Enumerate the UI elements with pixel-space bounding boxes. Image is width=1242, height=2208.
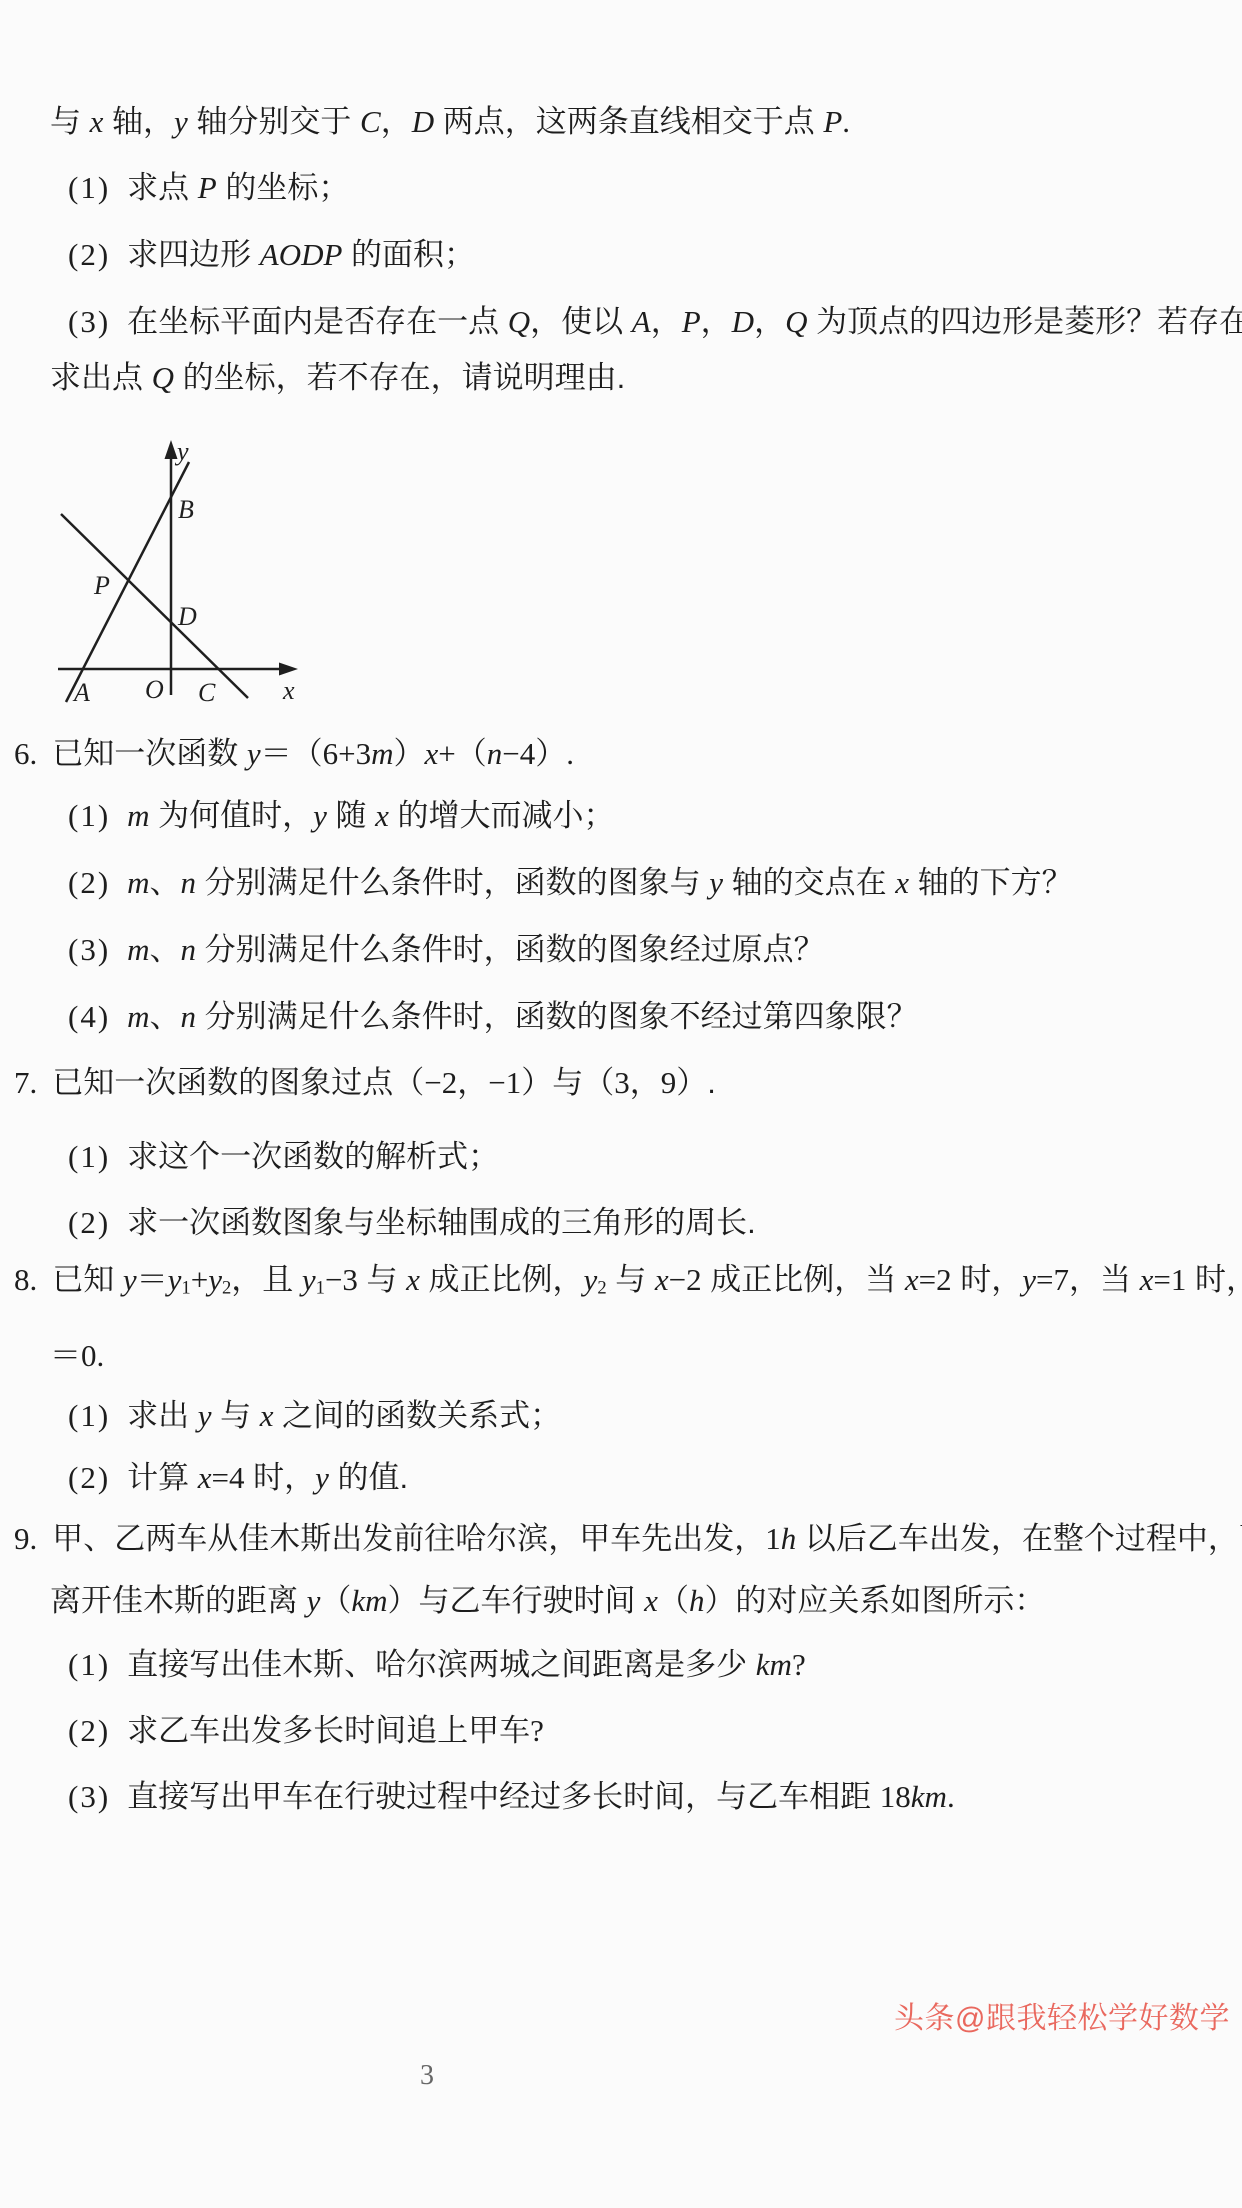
- text-segment-m: Q: [152, 360, 174, 395]
- text-segment-m: y: [302, 1262, 316, 1297]
- text-segment-c: 两点，这两条直线相交于点: [434, 104, 823, 139]
- text-segment-m: km: [351, 1583, 387, 1618]
- text-line: 8.已知 y＝y1+y2，且 y1−3 与 x 成正比例，y2 与 x−2 成正…: [14, 1262, 1242, 1299]
- text-segment-c: 分别满足什么条件时，函数的图象不经过第四象限？: [196, 999, 918, 1034]
- text-segment-r: −1: [488, 1065, 521, 1100]
- text-segment-c: 与: [50, 104, 90, 139]
- text-segment-mk: (4): [68, 999, 110, 1034]
- text-segment-m: y: [208, 1262, 222, 1297]
- text-segment-qn: 7.: [14, 1065, 37, 1100]
- text-segment-m: m: [371, 736, 393, 771]
- text-segment-m: y: [584, 1262, 598, 1297]
- text-segment-c: 为顶点的四边形是菱形？若存在，请: [807, 304, 1242, 339]
- text-segment-mk: (1): [68, 1398, 110, 1433]
- text-line: (2)计算 x=4 时，y 的值.: [68, 1460, 408, 1496]
- text-segment-qn: 9.: [14, 1521, 37, 1556]
- text-line: ＝0.: [50, 1338, 104, 1374]
- text-segment-m: x: [198, 1460, 212, 1495]
- text-segment-c: ，: [381, 104, 412, 139]
- figure-label-A: A: [72, 678, 90, 707]
- text-line: (1)求出 y 与 x 之间的函数关系式；: [68, 1398, 561, 1434]
- text-line: 求出点 Q 的坐标，若不存在，请说明理由.: [50, 360, 625, 396]
- text-segment-mk: (3): [68, 1779, 110, 1814]
- text-segment-r: 6+3: [323, 736, 371, 771]
- text-segment-m: x: [655, 1262, 669, 1297]
- text-segment-m: h: [689, 1583, 705, 1618]
- text-segment-m: x: [375, 798, 389, 833]
- text-segment-c: 与: [607, 1262, 655, 1297]
- text-segment-c: （: [456, 736, 487, 771]
- worksheet-page: 与 x 轴，y 轴分别交于 C，D 两点，这两条直线相交于点 P.(1)求点 P…: [0, 0, 1242, 2208]
- text-line: (2)求乙车出发多长时间追上甲车?: [68, 1713, 544, 1749]
- text-segment-m: y: [315, 1460, 329, 1495]
- text-segment-m: y: [168, 1262, 182, 1297]
- watermark-text: 头条@跟我轻松学好数学: [894, 1993, 1230, 2037]
- text-segment-c: 甲、乙两车从佳木斯出发前往哈尔滨，甲车先出发，: [52, 1521, 765, 1556]
- text-segment-m: x: [260, 1398, 274, 1433]
- text-segment-m: A: [632, 304, 651, 339]
- text-line: 6.已知一次函数 y＝（6+3m）x+（n−4）.: [14, 736, 574, 772]
- text-line: (2)m、n 分别满足什么条件时，函数的图象与 y 轴的交点在 x 轴的下方？: [68, 865, 1073, 901]
- text-segment-c: 、: [150, 999, 181, 1034]
- text-segment-mk: (1): [68, 170, 110, 205]
- text-segment-c: ）: [535, 736, 566, 771]
- text-line: (1)求这个一次函数的解析式；: [68, 1139, 499, 1175]
- text-segment-c: ＝（: [261, 736, 323, 771]
- text-segment-r: =2: [919, 1262, 952, 1297]
- text-segment-m: n: [487, 736, 503, 771]
- text-segment-c: 直接写出佳木斯、哈尔滨两城之间距离是多少: [127, 1647, 756, 1682]
- text-segment-c: ＝: [50, 1338, 81, 1373]
- figure-label-y: y: [174, 437, 189, 466]
- text-segment-c: 离开佳木斯的距离: [50, 1583, 307, 1618]
- text-segment-mk: (2): [68, 1460, 110, 1495]
- text-segment-r: −3: [325, 1262, 358, 1297]
- text-segment-c: ）与乙车行驶时间: [388, 1583, 645, 1618]
- text-segment-m: P: [823, 104, 842, 139]
- text-segment-r: 9: [661, 1065, 677, 1100]
- text-segment-mk: (2): [68, 865, 110, 900]
- text-segment-c: 的坐标；: [217, 170, 350, 205]
- text-line: (2)求一次函数图象与坐标轴围成的三角形的周长.: [68, 1205, 756, 1241]
- text-segment-c: ，当: [1069, 1262, 1140, 1297]
- text-segment-c: 成正比例，当: [702, 1262, 905, 1297]
- text-segment-m: km: [911, 1779, 947, 1814]
- text-line: (1)直接写出佳木斯、哈尔滨两城之间距离是多少 km?: [68, 1647, 806, 1683]
- line-PDC: [61, 514, 248, 698]
- text-segment-m: x: [1140, 1262, 1154, 1297]
- text-line: 9.甲、乙两车从佳木斯出发前往哈尔滨，甲车先出发，1h 以后乙车出发，在整个过程…: [14, 1521, 1242, 1557]
- text-segment-m: D: [412, 104, 434, 139]
- figure-label-D: D: [177, 602, 197, 631]
- text-line: 与 x 轴，y 轴分别交于 C，D 两点，这两条直线相交于点 P.: [50, 104, 850, 140]
- text-segment-c: ，: [754, 304, 785, 339]
- text-segment-r: 1: [765, 1521, 781, 1556]
- text-line: (2)求四边形 AODP 的面积；: [68, 237, 475, 273]
- text-segment-c: ）: [394, 736, 425, 771]
- text-segment-m: n: [181, 865, 197, 900]
- text-segment-r: 0.: [81, 1338, 104, 1373]
- figure-label-P: P: [93, 571, 110, 600]
- text-segment-mk: (2): [68, 1205, 110, 1240]
- text-segment-sub: 2: [597, 1277, 606, 1298]
- text-line: (3)直接写出甲车在行驶过程中经过多长时间，与乙车相距 18km.: [68, 1779, 955, 1815]
- text-segment-m: m: [127, 932, 149, 967]
- text-segment-r: +: [191, 1262, 208, 1297]
- text-segment-m: y: [709, 865, 723, 900]
- text-segment-c: 、: [150, 865, 181, 900]
- text-segment-c: 时，: [1186, 1262, 1242, 1297]
- text-line: 离开佳木斯的距离 y（km）与乙车行驶时间 x（h）的对应关系如图所示：: [50, 1583, 1045, 1619]
- text-line: (3)m、n 分别满足什么条件时，函数的图象经过原点？: [68, 932, 825, 968]
- figure-label-C: C: [198, 678, 216, 707]
- text-segment-c: 的坐标，若不存在，请说明理由.: [174, 360, 625, 395]
- page-number: 3: [420, 2060, 434, 2092]
- text-segment-m: y: [313, 798, 327, 833]
- text-segment-c: ，: [651, 304, 682, 339]
- text-segment-m: x: [895, 865, 909, 900]
- text-segment-r: .: [947, 1779, 955, 1814]
- text-segment-m: y: [198, 1398, 212, 1433]
- text-line: (4)m、n 分别满足什么条件时，函数的图象不经过第四象限？: [68, 999, 918, 1035]
- text-segment-c: 直接写出甲车在行驶过程中经过多长时间，与乙车相距: [127, 1779, 880, 1814]
- text-segment-c: ，: [701, 304, 732, 339]
- text-segment-r: 3: [614, 1065, 630, 1100]
- text-segment-m: y: [1022, 1262, 1036, 1297]
- text-segment-m: n: [181, 999, 197, 1034]
- text-segment-m: D: [732, 304, 754, 339]
- text-segment-m: h: [781, 1521, 797, 1556]
- text-segment-c: 已知一次函数的图象过点（: [52, 1065, 424, 1100]
- text-segment-c: （: [658, 1583, 689, 1618]
- coordinate-figure: y x B P D A O C: [36, 432, 316, 712]
- text-segment-c: ，: [457, 1065, 488, 1100]
- text-segment-r: −2: [669, 1262, 702, 1297]
- text-segment-c: 求出: [127, 1398, 198, 1433]
- text-segment-r: −2: [424, 1065, 457, 1100]
- text-segment-m: y: [123, 1262, 137, 1297]
- text-segment-c: 时，: [952, 1262, 1023, 1297]
- text-segment-c: （: [320, 1583, 351, 1618]
- text-segment-c: 分别满足什么条件时，函数的图象与: [196, 865, 709, 900]
- text-segment-m: m: [127, 865, 149, 900]
- text-segment-r: +: [438, 736, 455, 771]
- text-segment-m: y: [307, 1583, 321, 1618]
- text-segment-m: n: [181, 932, 197, 967]
- text-segment-c: 与: [212, 1398, 260, 1433]
- text-segment-c: ）的对应关系如图所示：: [704, 1583, 1045, 1618]
- text-segment-mk: (3): [68, 304, 110, 339]
- text-segment-c: ，: [630, 1065, 661, 1100]
- text-segment-c: 求这个一次函数的解析式；: [127, 1139, 499, 1174]
- text-segment-sub: 2: [222, 1277, 231, 1298]
- text-segment-m: x: [406, 1262, 420, 1297]
- text-segment-c: 求出点: [50, 360, 152, 395]
- text-segment-r: =4: [212, 1460, 245, 1495]
- text-segment-qn: 6.: [14, 736, 37, 771]
- text-segment-c: 随: [327, 798, 375, 833]
- text-segment-m: m: [127, 999, 149, 1034]
- text-segment-qn: 8.: [14, 1262, 37, 1297]
- text-segment-c: 求乙车出发多长时间追上甲车: [127, 1713, 530, 1748]
- text-segment-m: y: [174, 104, 188, 139]
- text-segment-c: 、: [150, 932, 181, 967]
- text-segment-c: 的面积；: [342, 237, 475, 272]
- text-segment-mk: (1): [68, 1139, 110, 1174]
- text-segment-c: 的增大而减小；: [389, 798, 615, 833]
- text-segment-sub: 1: [181, 1277, 190, 1298]
- text-segment-sub: 1: [316, 1277, 325, 1298]
- text-segment-c: 已知一次函数: [52, 736, 247, 771]
- text-segment-m: x: [425, 736, 439, 771]
- text-segment-mk: (1): [68, 798, 110, 833]
- text-segment-mk: (2): [68, 1713, 110, 1748]
- text-segment-c: 的值.: [329, 1460, 408, 1495]
- text-segment-r: =7: [1036, 1262, 1069, 1297]
- text-segment-m: P: [682, 304, 701, 339]
- text-segment-r: .: [842, 104, 850, 139]
- text-segment-c: 求一次函数图象与坐标轴围成的三角形的周长.: [127, 1205, 756, 1240]
- text-segment-c: 在坐标平面内是否存在一点: [127, 304, 508, 339]
- text-segment-c: ）.: [676, 1065, 716, 1100]
- text-segment-c: 分别满足什么条件时，函数的图象经过原点？: [196, 932, 825, 967]
- x-axis-arrow-icon: [279, 663, 298, 676]
- figure-label-x: x: [282, 676, 295, 705]
- text-segment-m: km: [756, 1647, 792, 1682]
- text-segment-r: .: [566, 736, 574, 771]
- text-segment-m: AODP: [260, 237, 343, 272]
- figure-label-B: B: [178, 495, 194, 524]
- text-segment-m: C: [360, 104, 381, 139]
- text-segment-c: 求四边形: [127, 237, 260, 272]
- text-segment-r: =1: [1153, 1262, 1186, 1297]
- text-segment-m: x: [90, 104, 104, 139]
- text-segment-r: −4: [502, 736, 535, 771]
- text-segment-c: 轴的下方？: [909, 865, 1073, 900]
- text-segment-c: 轴，: [103, 104, 174, 139]
- text-segment-m: x: [644, 1583, 658, 1618]
- text-segment-r: ?: [792, 1647, 806, 1682]
- text-line: (3)在坐标平面内是否存在一点 Q，使以 A，P，D，Q 为顶点的四边形是菱形？…: [68, 304, 1242, 340]
- text-segment-mk: (3): [68, 932, 110, 967]
- text-segment-m: m: [127, 798, 149, 833]
- text-segment-r: 18: [880, 1779, 911, 1814]
- text-segment-c: 为何值时，: [150, 798, 314, 833]
- text-segment-m: P: [198, 170, 217, 205]
- text-segment-mk: (1): [68, 1647, 110, 1682]
- text-segment-r: ?: [530, 1713, 544, 1748]
- text-segment-c: ，使以: [530, 304, 632, 339]
- text-segment-mk: (2): [68, 237, 110, 272]
- text-segment-m: Q: [508, 304, 530, 339]
- text-segment-c: 以后乙车出发，在整个过程中，两车: [796, 1521, 1242, 1556]
- text-segment-m: Q: [785, 304, 807, 339]
- text-segment-c: 轴分别交于: [188, 104, 360, 139]
- text-segment-c: 计算: [127, 1460, 198, 1495]
- text-segment-c: 成正比例，: [420, 1262, 584, 1297]
- text-segment-m: y: [247, 736, 261, 771]
- text-segment-m: x: [905, 1262, 919, 1297]
- text-segment-c: 求点: [127, 170, 198, 205]
- text-segment-c: 轴的交点在: [723, 865, 895, 900]
- text-line: (1)求点 P 的坐标；: [68, 170, 349, 206]
- figure-label-O: O: [145, 675, 164, 704]
- text-line: 7.已知一次函数的图象过点（−2，−1）与（3，9）.: [14, 1065, 716, 1101]
- text-segment-c: ）与（: [521, 1065, 614, 1100]
- text-segment-c: 已知: [52, 1262, 123, 1297]
- text-segment-c: ＝: [137, 1262, 168, 1297]
- text-segment-c: 之间的函数关系式；: [274, 1398, 562, 1433]
- text-segment-c: 时，: [245, 1460, 316, 1495]
- text-segment-c: ，且: [231, 1262, 302, 1297]
- text-line: (1)m 为何值时，y 随 x 的增大而减小；: [68, 798, 615, 834]
- text-segment-c: 与: [358, 1262, 406, 1297]
- y-axis-arrow-icon: [165, 440, 178, 459]
